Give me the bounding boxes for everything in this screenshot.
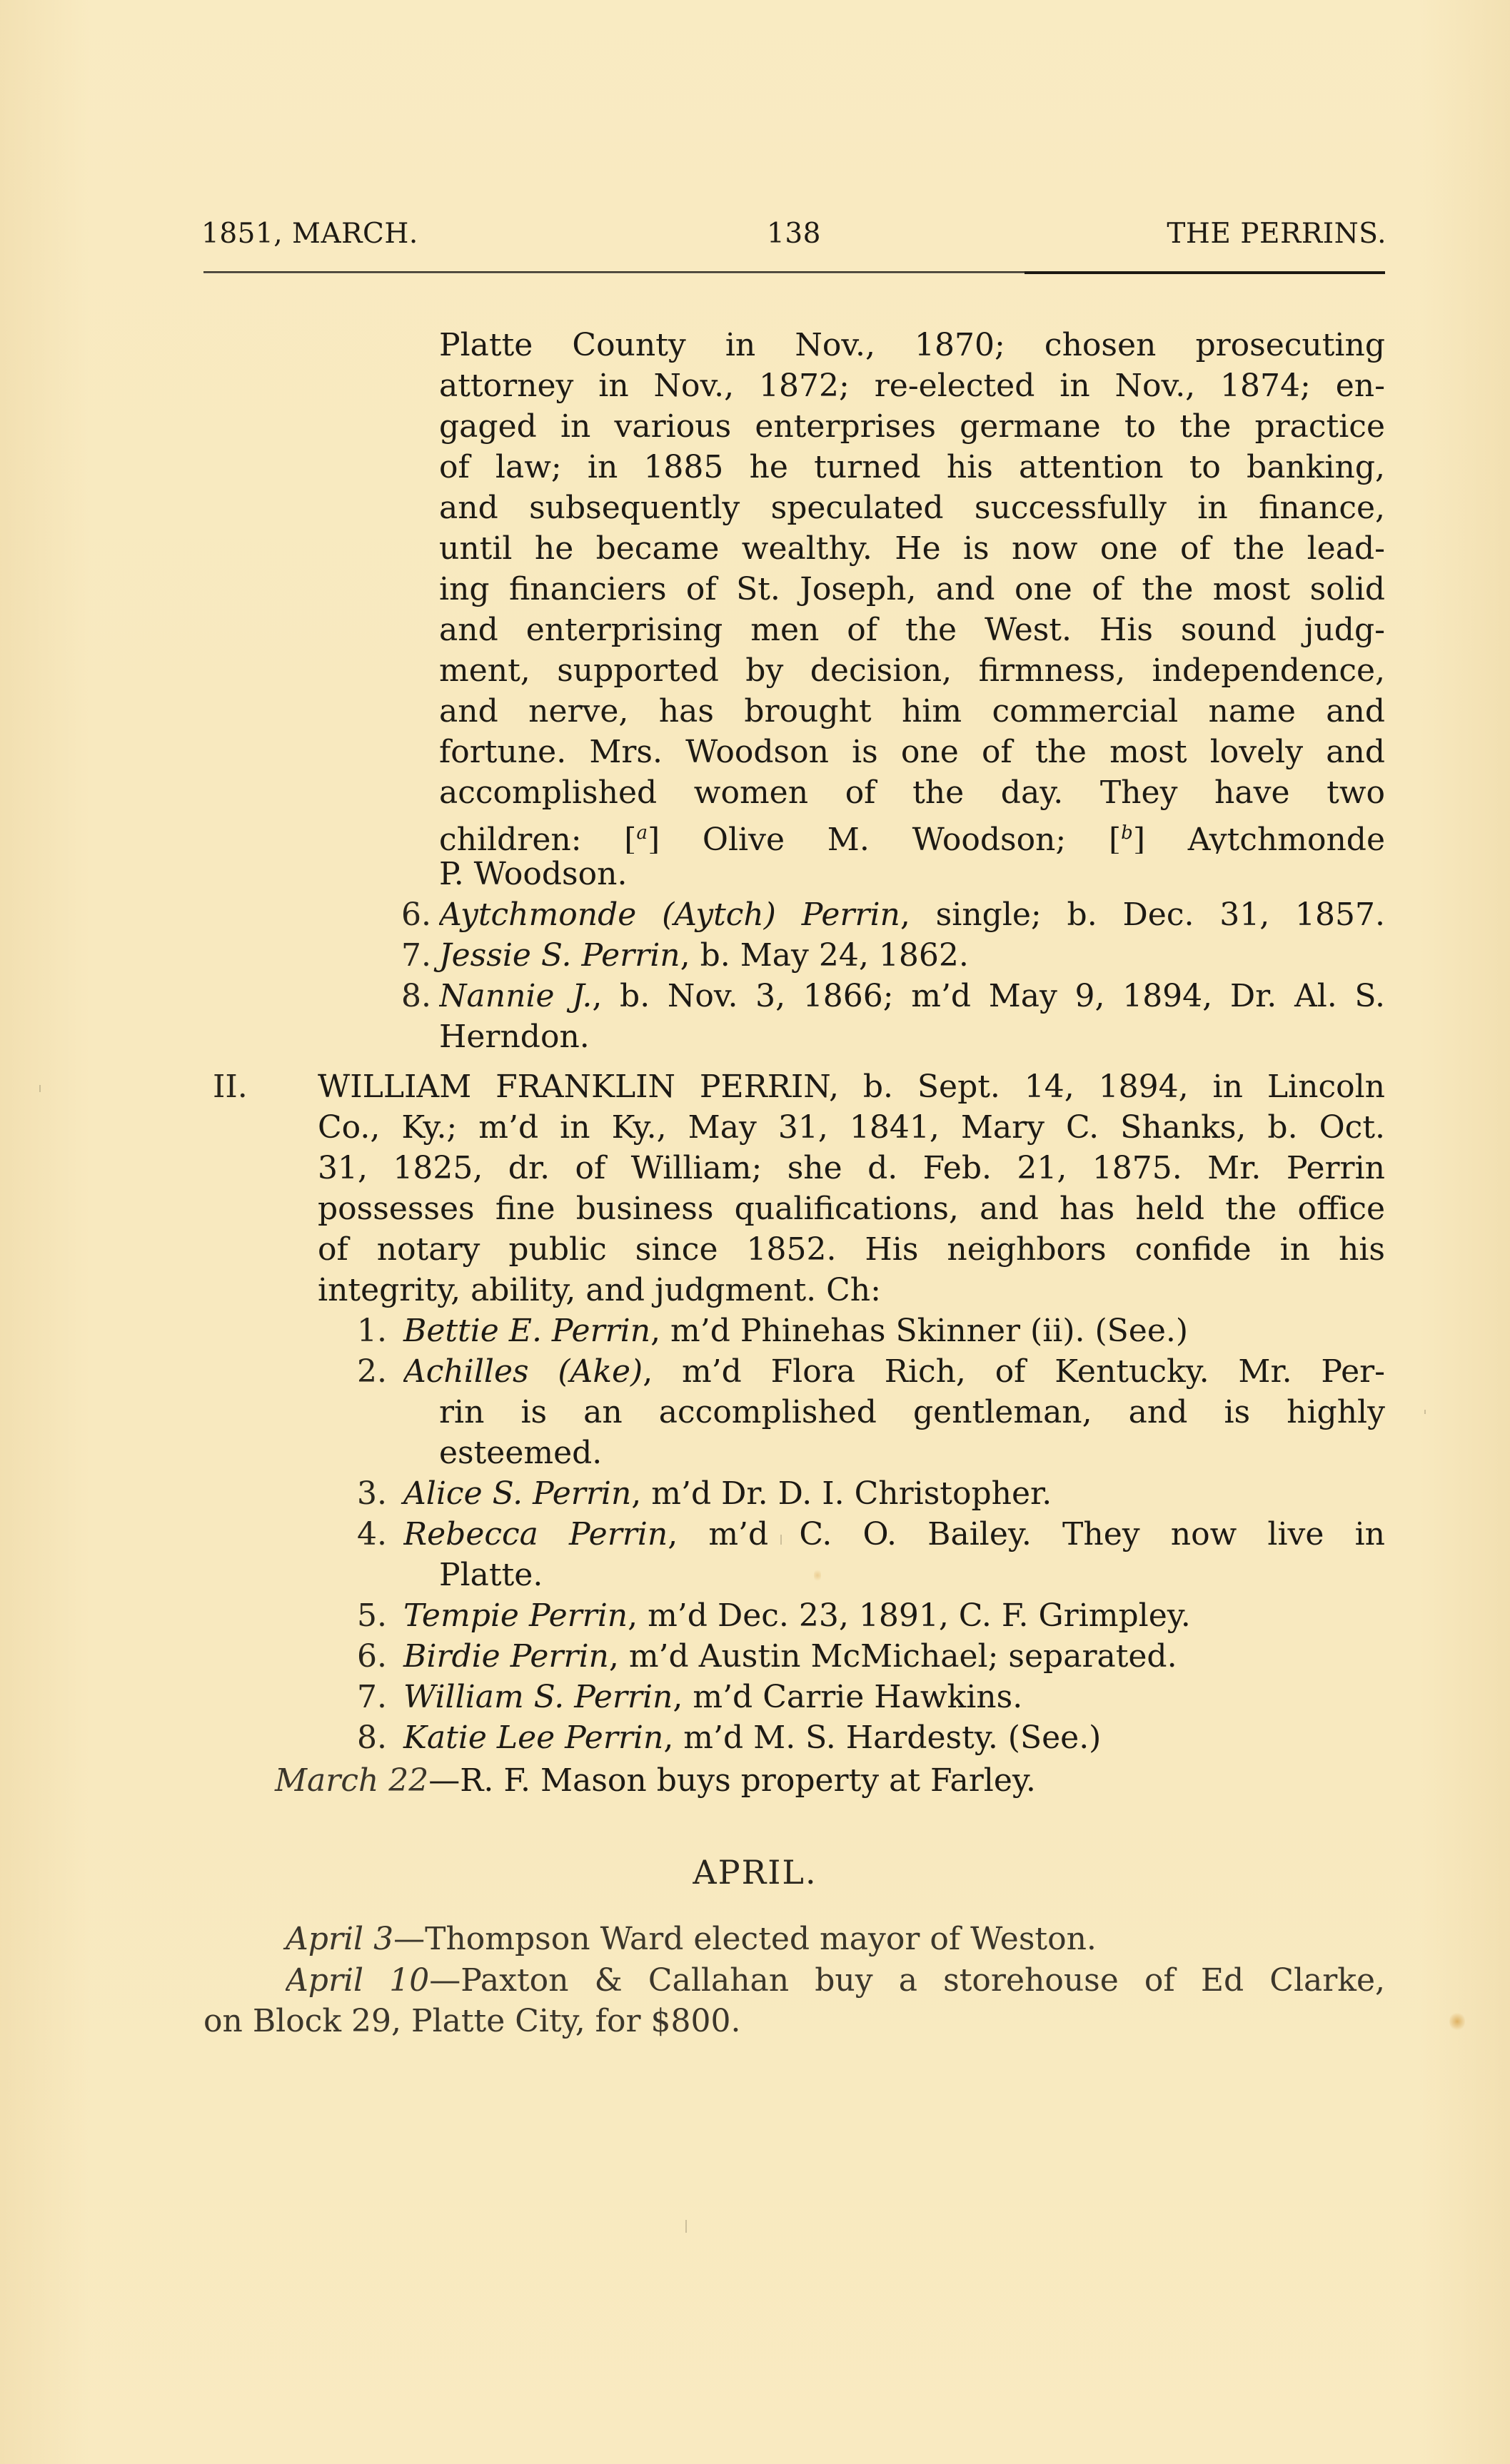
paper-speck bbox=[780, 1535, 782, 1545]
paper-stain bbox=[1449, 2011, 1465, 2031]
list-number: 5. bbox=[357, 1595, 387, 1636]
header-rule-thick bbox=[1025, 271, 1385, 274]
children-prefix: children: [ bbox=[439, 822, 636, 854]
entry-text: —R. F. Mason buys property at Farley. bbox=[428, 1762, 1036, 1799]
list-number: 7. bbox=[401, 935, 431, 976]
text-line: of law; in 1885 he turned his attention … bbox=[439, 447, 1385, 488]
children-line: children: [a] Olive M. Woodson; [b] Aytc… bbox=[439, 813, 1385, 854]
page-number: 138 bbox=[767, 216, 821, 252]
list-number: 6. bbox=[401, 894, 431, 935]
list-number: 1. bbox=[357, 1311, 387, 1351]
list-number: 8. bbox=[357, 1717, 387, 1758]
header-date: 1851, MARCH. bbox=[201, 216, 418, 252]
paper-speck bbox=[685, 2220, 687, 2233]
header-title: THE PERRINS. bbox=[1167, 216, 1386, 252]
entry-date: April 3 bbox=[286, 1921, 393, 1957]
child-name: Nannie J. bbox=[439, 978, 592, 1014]
section-numeral: II. bbox=[213, 1066, 248, 1107]
paper-speck bbox=[1424, 1410, 1426, 1414]
child-detail: , m’d Phinehas Skinner (ii). (See.) bbox=[650, 1313, 1188, 1349]
child-name: Jessie S. Perrin bbox=[439, 937, 680, 974]
section-heading-april: APRIL. bbox=[0, 1852, 1510, 1893]
child-name: Achilles (Ake) bbox=[403, 1353, 643, 1390]
running-header: 1851, MARCH. 138 THE PERRINS. bbox=[201, 216, 1386, 252]
child-detail: , m’d Dr. D. I. Christopher. bbox=[631, 1475, 1052, 1512]
text-line: accomplished women of the day. They have… bbox=[439, 772, 1385, 813]
text-line: and enterprising men of the West. His so… bbox=[439, 610, 1385, 650]
child-detail: , m’d M. S. Hardesty. (See.) bbox=[663, 1720, 1101, 1756]
entry-text: —Paxton & Callahan buy a storehouse of E… bbox=[429, 1962, 1385, 1999]
april-entry: April 10—Paxton & Callahan buy a storeho… bbox=[286, 1960, 1385, 2001]
text-line: of notary public since 1852. His neighbo… bbox=[318, 1229, 1385, 1270]
child-a: ] Olive M. Woodson; [ bbox=[648, 822, 1121, 854]
april-entry: April 3—Thompson Ward elected mayor of W… bbox=[286, 1919, 1097, 1959]
child-name: Aytchmonde (Aytch) Perrin bbox=[439, 897, 900, 933]
child-detail: , m’d C. O. Bailey. They now live in bbox=[668, 1516, 1385, 1552]
child-name: Rebecca Perrin bbox=[403, 1516, 668, 1552]
book-page: 1851, MARCH. 138 THE PERRINS. Platte Cou… bbox=[0, 0, 1510, 2464]
text-line: until he became wealthy. He is now one o… bbox=[439, 528, 1385, 569]
list-number: 7. bbox=[357, 1677, 387, 1717]
child-name: Bettie E. Perrin bbox=[403, 1313, 650, 1349]
child-name: Birdie Perrin bbox=[403, 1638, 609, 1675]
text-line: P. Woodson. bbox=[439, 854, 627, 894]
list-number: 2. bbox=[357, 1351, 387, 1392]
text-line: and nerve, has brought him commercial na… bbox=[439, 691, 1385, 732]
entry-continuation: on Block 29, Platte City, for $800. bbox=[203, 2001, 740, 2041]
text-line: ing financiers of St. Joseph, and one of… bbox=[439, 569, 1385, 610]
list-number: 6. bbox=[357, 1636, 387, 1677]
child-continuation: Herndon. bbox=[439, 1016, 590, 1057]
text-line: Co., Ky.; m’d in Ky., May 31, 1841, Mary… bbox=[318, 1107, 1385, 1148]
text-line: WILLIAM FRANKLIN PERRIN, b. Sept. 14, 18… bbox=[318, 1066, 1385, 1107]
child-detail: , m’d Flora Rich, of Kentucky. Mr. Per- bbox=[643, 1353, 1385, 1390]
march-entry: March 22—R. F. Mason buys property at Fa… bbox=[275, 1760, 1036, 1801]
child-continuation: Platte. bbox=[439, 1555, 543, 1595]
text-line: integrity, ability, and judgment. Ch: bbox=[318, 1270, 881, 1311]
marker-b: b bbox=[1121, 822, 1133, 844]
child-detail: , m’d Dec. 23, 1891, C. F. Grimpley. bbox=[628, 1597, 1191, 1634]
marker-a: a bbox=[636, 822, 648, 844]
text-line: possesses fine business qualifications, … bbox=[318, 1188, 1385, 1229]
entry-date: March 22 bbox=[275, 1762, 428, 1799]
child-name: Katie Lee Perrin bbox=[403, 1720, 663, 1756]
list-number: 3. bbox=[357, 1473, 387, 1514]
child-name: Tempie Perrin bbox=[403, 1597, 628, 1634]
paper-speck bbox=[39, 1085, 41, 1092]
text-line: Platte County in Nov., 1870; chosen pros… bbox=[439, 325, 1385, 365]
child-name: Alice S. Perrin bbox=[403, 1475, 631, 1512]
header-rule bbox=[203, 271, 1385, 273]
entry-date: April 10 bbox=[286, 1962, 429, 1999]
child-b: ] Aytchmonde bbox=[1133, 822, 1385, 854]
text-line: ment, supported by decision, firmness, i… bbox=[439, 650, 1385, 691]
text-line: attorney in Nov., 1872; re-elected in No… bbox=[439, 365, 1385, 406]
child-detail: , single; b. Dec. 31, 1857. bbox=[900, 897, 1385, 933]
child-detail: , m’d Carrie Hawkins. bbox=[673, 1679, 1022, 1715]
child-continuation: rin is an accomplished gentleman, and is… bbox=[439, 1392, 1385, 1433]
child-name: William S. Perrin bbox=[403, 1679, 673, 1715]
text-line: 31, 1825, dr. of William; she d. Feb. 21… bbox=[318, 1148, 1385, 1188]
list-number: 4. bbox=[357, 1514, 387, 1555]
child-detail: , m’d Austin McMichael; separated. bbox=[609, 1638, 1177, 1675]
list-number: 8. bbox=[401, 976, 431, 1016]
child-detail: , b. Nov. 3, 1866; m’d May 9, 1894, Dr. … bbox=[592, 978, 1385, 1014]
text-line: fortune. Mrs. Woodson is one of the most… bbox=[439, 732, 1385, 772]
child-detail: , b. May 24, 1862. bbox=[680, 937, 969, 974]
entry-text: —Thompson Ward elected mayor of Weston. bbox=[393, 1921, 1097, 1957]
child-continuation: esteemed. bbox=[439, 1433, 602, 1473]
text-line: gaged in various enterprises germane to … bbox=[439, 406, 1385, 447]
paper-stain bbox=[814, 1568, 821, 1582]
text-line: and subsequently speculated successfully… bbox=[439, 488, 1385, 528]
